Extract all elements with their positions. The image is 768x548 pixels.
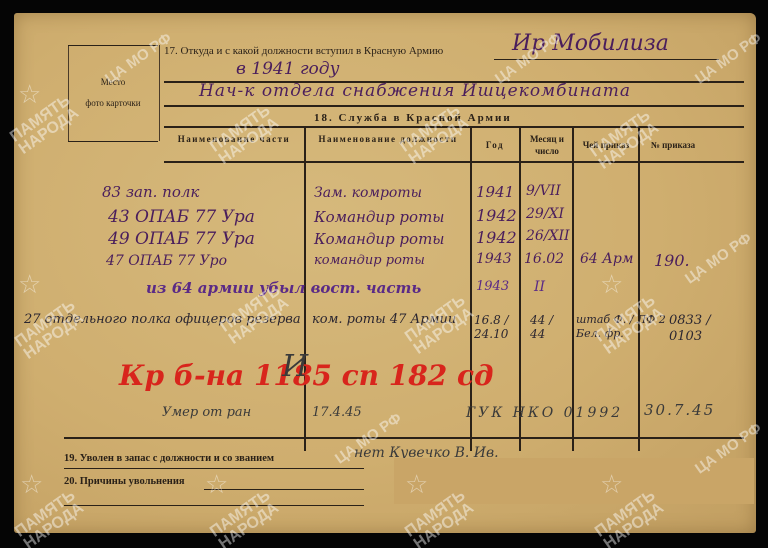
row1-unit: 43 ОПАБ 77 Ура [108,207,255,227]
col-divider-3 [519,126,521,451]
row6-position: 17.4.45 [312,405,362,420]
row4-unit: из 64 армии убыл вост. часть [146,279,421,297]
row2-year: 1942 [476,228,517,247]
row3-unit: 47 ОПАБ 77 Уро [106,253,227,269]
table-top-line [164,126,744,128]
pencil-annotation: И [282,349,308,384]
row3-order-by: 64 Арм [580,251,633,267]
section18-title: 18. Служба в Красной Армии [314,112,512,124]
row5-order-no: 0833 / 0103 [669,313,739,345]
photo-placeholder-label-2: фото карточки [68,98,158,108]
row0-year: 1941 [476,183,514,201]
row2-date: 26/XII [526,228,570,244]
photo-box-top-line [68,45,158,46]
photo-box-bottom-line [68,141,158,142]
row3-position: командир роты [314,253,425,268]
col-header-position: Наименование должности [306,133,470,145]
row2-unit: 49 ОПАБ 77 Ура [108,229,255,249]
table-header-bottom-line [164,161,744,163]
col-header-order-by: Чей приказ [574,139,638,151]
row5-unit: 27 отдельного полка офицеров резерва [24,311,304,329]
field17-value-3: Нач-к отдела снабжения Ишцекомбината [199,81,631,101]
row6-order-by: ГУК НКО 01992 [466,405,623,421]
col-header-order-no: № приказа [640,139,706,151]
photo-placeholder-label-1: Место [68,77,158,87]
row1-position: Командир роты [314,208,445,226]
row5-year: 16.8 / 24.10 [474,313,518,341]
redacted-area [394,458,754,504]
field19-line [64,468,364,469]
field20-label: 20. Причины увольнения [64,476,185,487]
row6-unit: Умер от ран [162,405,251,420]
row2-position: Командир роты [314,230,445,248]
row5-position: ком. роты 47 Армии [312,311,468,329]
row3-order-no: 190. [654,251,690,270]
row6-order-no: 30.7.45 [644,401,715,419]
archival-record-card: Место фото карточки 17. Откуда и с какой… [14,13,756,533]
row0-position: Зам. комроты [314,185,422,201]
row3-date: 16.02 [524,251,564,267]
row3-year: 1943 [476,251,512,267]
row4-date: II [534,279,545,295]
row5-date: 44 / 44 [530,313,570,341]
row1-date: 29/XI [526,206,564,222]
row0-unit: 83 зап. полк [102,183,199,201]
col-header-unit: Наименование части [164,133,304,145]
col-divider-2 [470,126,472,451]
col-divider-5 [638,126,640,451]
col-header-date: Месяц и число [520,133,574,157]
col-header-year: Год [472,139,518,151]
field19-label: 19. Уволен в запас с должности и со зван… [64,453,274,464]
field17-value-line [494,59,719,60]
photo-placeholder-box [68,45,160,141]
row1-year: 1942 [476,206,517,225]
col-divider-4 [572,126,574,451]
row4-year: 1943 [476,279,509,294]
field17-value-2: в 1941 году [236,59,339,79]
table-bottom-line [64,437,744,439]
field17-label: 17. Откуда и с какой должности вступил в… [164,45,443,57]
field20-line [204,489,364,490]
row0-date: 9/VII [526,183,561,199]
field20-line-2 [64,505,364,506]
field17-line-3 [164,105,744,107]
field17-value-1: Ир Мобилиза [512,31,669,56]
